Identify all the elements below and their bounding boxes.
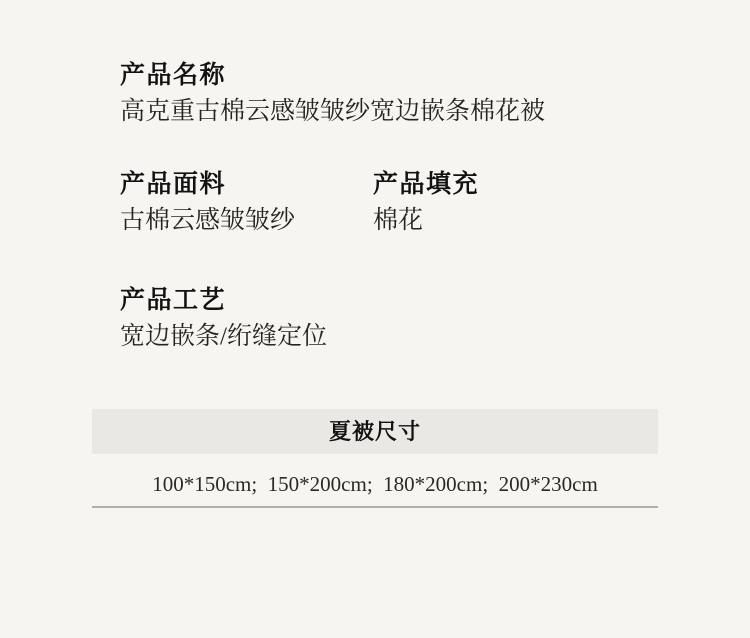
- product-filling-label: 产品填充: [373, 169, 750, 199]
- product-filling-value: 棉花: [373, 205, 750, 236]
- bottom-divider: [92, 506, 658, 508]
- product-name-value: 高克重古棉云感皱皱纱宽边嵌条棉花被: [120, 96, 750, 127]
- section-product-name: 产品名称 高克重古棉云感皱皱纱宽边嵌条棉花被: [120, 60, 750, 127]
- product-fabric-label: 产品面料: [120, 169, 373, 199]
- summer-quilt-size-title: 夏被尺寸: [92, 409, 658, 454]
- summer-quilt-size-options: 100*150cm; 150*200cm; 180*200cm; 200*230…: [92, 472, 658, 497]
- section-craft: 产品工艺 宽边嵌条/绗缝定位: [120, 285, 750, 352]
- section-fabric-filling: 产品面料 古棉云感皱皱纱 产品填充 棉花: [120, 169, 750, 236]
- summer-quilt-size-panel: 夏被尺寸 100*150cm; 150*200cm; 180*200cm; 20…: [0, 409, 750, 508]
- fabric-column: 产品面料 古棉云感皱皱纱: [120, 169, 373, 236]
- product-craft-value: 宽边嵌条/绗缝定位: [120, 321, 750, 352]
- product-name-label: 产品名称: [120, 60, 750, 90]
- product-craft-label: 产品工艺: [120, 285, 750, 315]
- product-spec-page: 产品名称 高克重古棉云感皱皱纱宽边嵌条棉花被 产品面料 古棉云感皱皱纱 产品填充…: [0, 0, 750, 638]
- filling-column: 产品填充 棉花: [373, 169, 750, 236]
- product-fabric-value: 古棉云感皱皱纱: [120, 205, 373, 236]
